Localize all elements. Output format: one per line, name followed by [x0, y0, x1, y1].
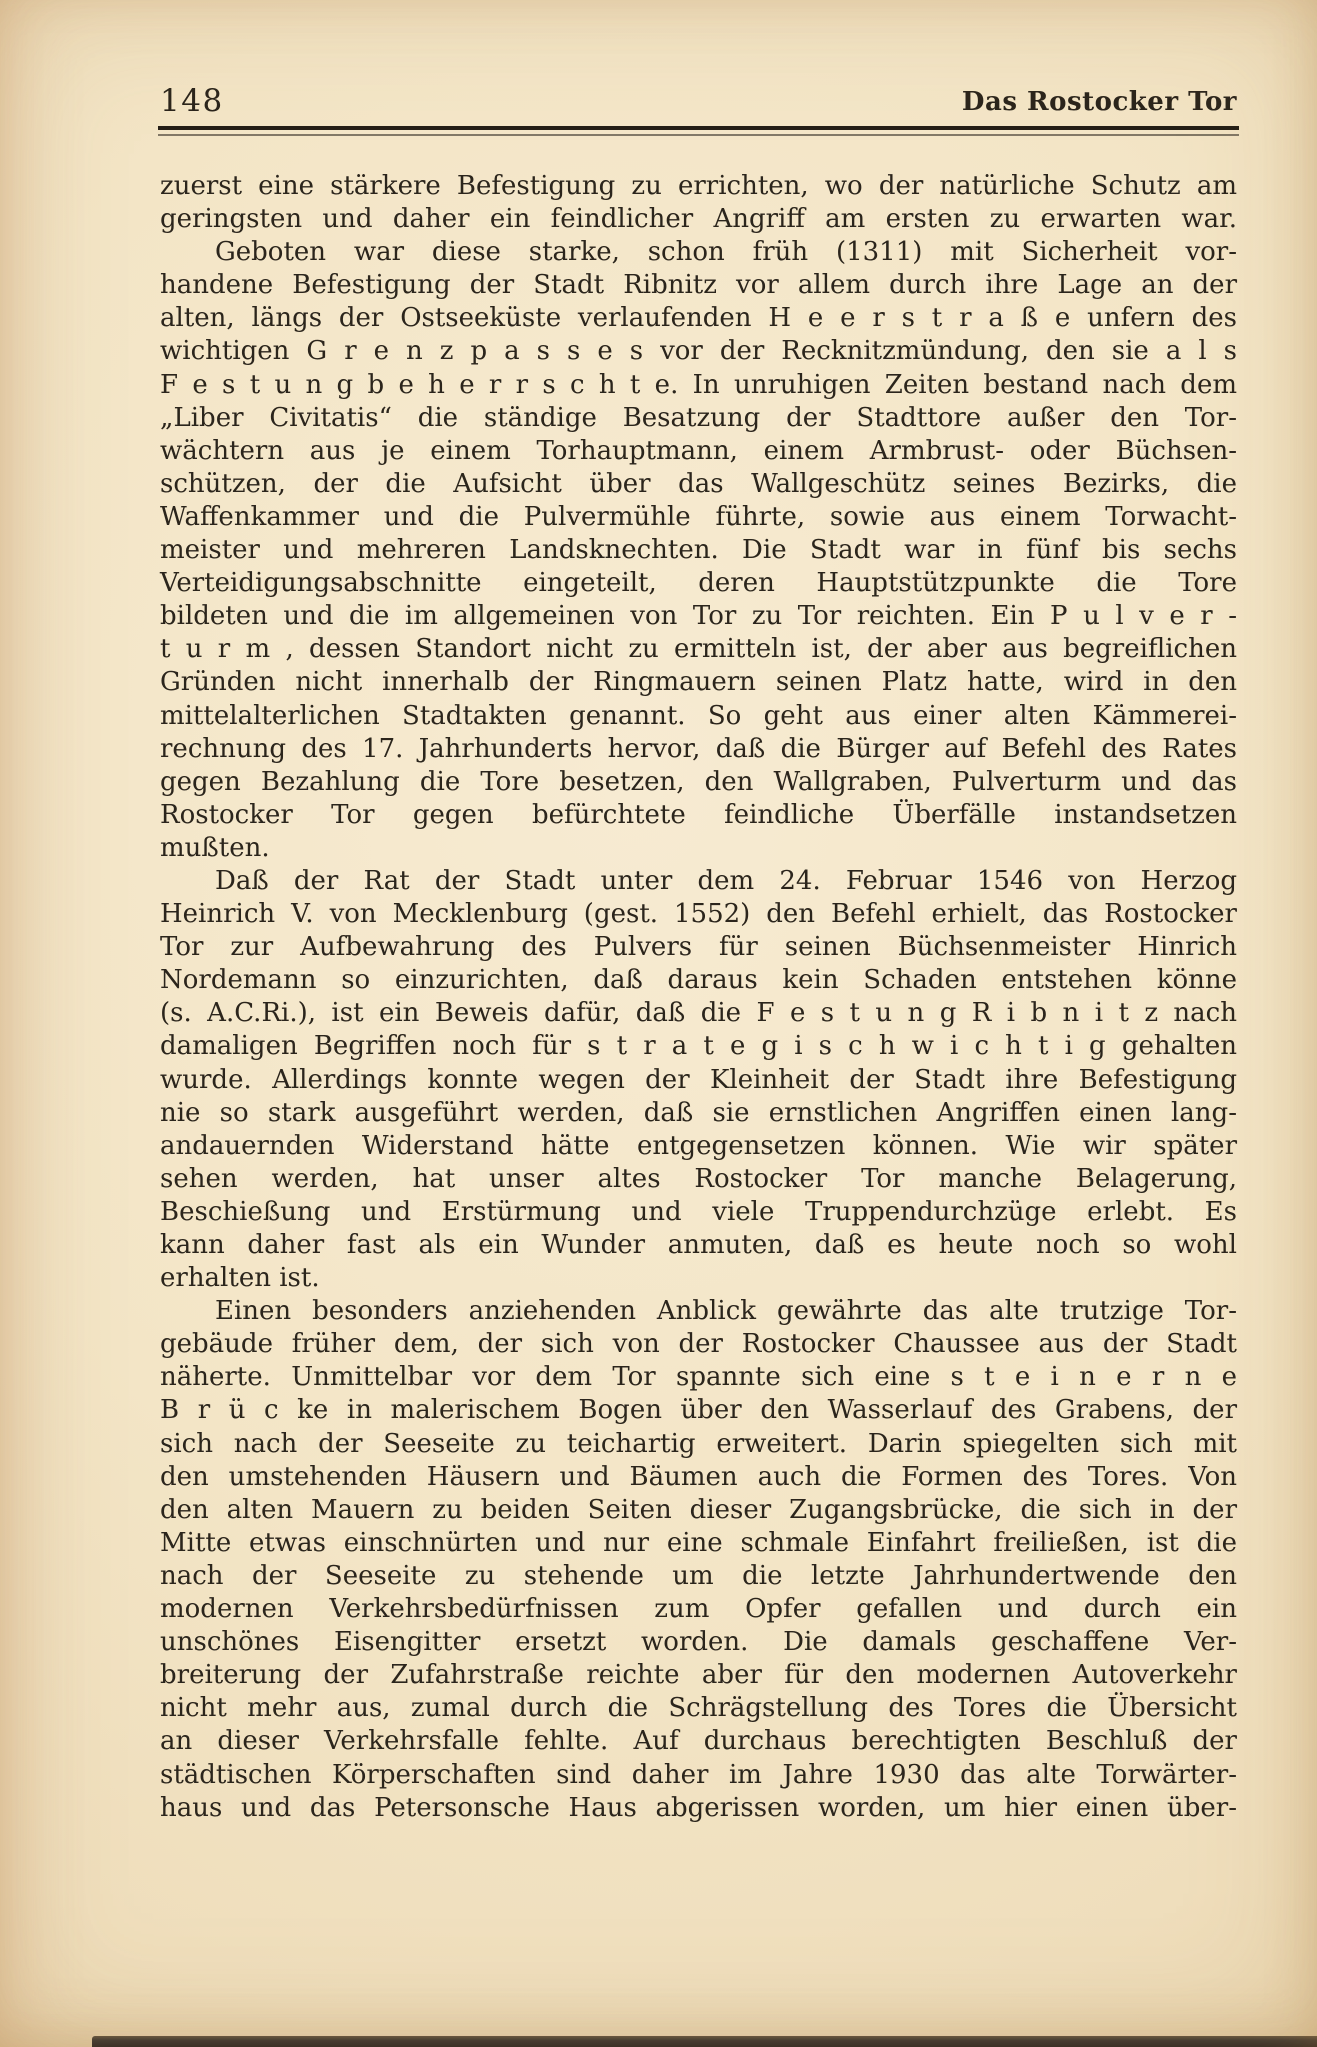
paragraph: Geboten war diese starke, schon früh (13…	[160, 236, 1237, 865]
text-line: Daß der Rat der Stadt unter dem 24. Febr…	[160, 865, 1237, 898]
text-line: mittelalterlichen Stadtakten genannt. So…	[160, 700, 1237, 733]
text-line: gebäude früher dem, der sich von der Ros…	[160, 1328, 1237, 1361]
text-line: mußten.	[160, 832, 1237, 865]
text-line: nie so stark ausgeführt werden, daß sie …	[160, 1097, 1237, 1130]
running-title: Das Rostocker Tor	[962, 89, 1237, 117]
text-line: näherte. Unmittelbar vor dem Tor spannte…	[160, 1361, 1237, 1394]
text-line: handene Befestigung der Stadt Ribnitz vo…	[160, 269, 1237, 302]
header-rule	[158, 126, 1239, 136]
text-line: (s. A.C.Ri.), ist ein Beweis dafür, daß …	[160, 997, 1237, 1030]
text-line: haus und das Petersonsche Haus abgerisse…	[160, 1792, 1237, 1825]
text-line: B r ü c ke in malerischem Bogen über den…	[160, 1394, 1237, 1427]
text-line: Tor zur Aufbewahrung des Pulvers für sei…	[160, 931, 1237, 964]
paragraph: zuerst eine stärkere Befestigung zu erri…	[160, 170, 1237, 236]
paragraph: Einen besonders anziehenden Anblick gewä…	[160, 1295, 1237, 1825]
scan-bottom-edge	[92, 2036, 1317, 2047]
text-line: „Liber Civitatis“ die ständige Besatzung…	[160, 402, 1237, 435]
text-line: Nordemann so einzurichten, daß daraus ke…	[160, 964, 1237, 997]
text-line: rechnung des 17. Jahrhunderts hervor, da…	[160, 733, 1237, 766]
text-line: sich nach der Seeseite zu teichartig erw…	[160, 1428, 1237, 1461]
text-line: wächtern aus je einem Torhauptmann, eine…	[160, 435, 1237, 468]
text-line: F e s t u n g b e h e r r s c h t e. In …	[160, 369, 1237, 402]
text-line: Waffenkammer und die Pulvermühle führte,…	[160, 501, 1237, 534]
text-line: modernen Verkehrsbedürfnissen zum Opfer …	[160, 1593, 1237, 1626]
text-line: kann daher fast als ein Wunder anmuten, …	[160, 1229, 1237, 1262]
text-line: nach der Seeseite zu stehende um die let…	[160, 1560, 1237, 1593]
paragraph: Daß der Rat der Stadt unter dem 24. Febr…	[160, 865, 1237, 1295]
text-line: schützen, der die Aufsicht über das Wall…	[160, 468, 1237, 501]
text-line: bildeten und die im allgemeinen von Tor …	[160, 600, 1237, 633]
text-line: meister und mehreren Landsknechten. Die …	[160, 534, 1237, 567]
text-line: Heinrich V. von Mecklenburg (gest. 1552)…	[160, 898, 1237, 931]
text-line: Geboten war diese starke, schon früh (13…	[160, 236, 1237, 269]
text-line: breiterung der Zufahrstraße reichte aber…	[160, 1659, 1237, 1692]
text-line: nicht mehr aus, zumal durch die Schrägst…	[160, 1692, 1237, 1725]
text-line: Mitte etwas einschnürten und nur eine sc…	[160, 1527, 1237, 1560]
text-line: zuerst eine stärkere Befestigung zu erri…	[160, 170, 1237, 203]
page-header: 148 Das Rostocker Tor	[160, 86, 1237, 117]
text-line: Rostocker Tor gegen befürchtete feindlic…	[160, 799, 1237, 832]
text-line: damaligen Begriffen noch für s t r a t e…	[160, 1030, 1237, 1063]
text-line: alten, längs der Ostseeküste verlaufende…	[160, 302, 1237, 335]
text-line: geringsten und daher ein feindlicher Ang…	[160, 203, 1237, 236]
text-line: Einen besonders anziehenden Anblick gewä…	[160, 1295, 1237, 1328]
text-line: Verteidigungsabschnitte eingeteilt, dere…	[160, 567, 1237, 600]
book-page: 148 Das Rostocker Tor zuerst eine stärke…	[0, 0, 1317, 2047]
text-line: andauernden Widerstand hätte entgegenset…	[160, 1130, 1237, 1163]
text-line: erhalten ist.	[160, 1262, 1237, 1295]
text-line: sehen werden, hat unser altes Rostocker …	[160, 1163, 1237, 1196]
text-line: Gründen nicht innerhalb der Ringmauern s…	[160, 666, 1237, 699]
page-number: 148	[160, 86, 224, 117]
text-line: an dieser Verkehrsfalle fehlte. Auf durc…	[160, 1725, 1237, 1758]
text-line: t u r m , dessen Standort nicht zu ermit…	[160, 633, 1237, 666]
text-line: den umstehenden Häusern und Bäumen auch …	[160, 1461, 1237, 1494]
text-line: wichtigen G r e n z p a s s e s vor der …	[160, 335, 1237, 368]
page-body: zuerst eine stärkere Befestigung zu erri…	[160, 170, 1237, 1825]
text-line: den alten Mauern zu beiden Seiten dieser…	[160, 1494, 1237, 1527]
text-line: Beschießung und Erstürmung und viele Tru…	[160, 1196, 1237, 1229]
text-line: wurde. Allerdings konnte wegen der Klein…	[160, 1064, 1237, 1097]
text-line: unschönes Eisengitter ersetzt worden. Di…	[160, 1626, 1237, 1659]
text-line: städtischen Körperschaften sind daher im…	[160, 1759, 1237, 1792]
text-line: gegen Bezahlung die Tore besetzen, den W…	[160, 766, 1237, 799]
